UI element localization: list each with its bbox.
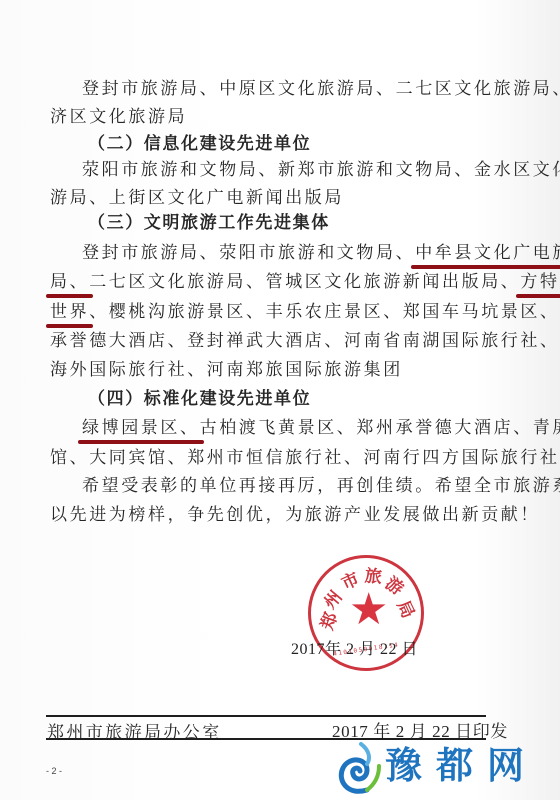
page-number: - 2 -: [46, 766, 62, 776]
underlined-text: 世界: [50, 302, 89, 322]
swirl-logo-icon: [333, 740, 385, 800]
paragraph-line: 世界、樱桃沟旅游景区、丰乐农庄景区、郑国车马坑景区、郑州: [50, 302, 560, 322]
underlined-text: 中牟县文化广电旅游: [415, 243, 560, 263]
paragraph-line: 馆、大同宾馆、郑州市恒信旅行社、河南行四方国际旅行社: [50, 448, 560, 468]
paragraph-line: 荥阳市旅游和文物局、新郑市旅游和文物局、金水区文化旅: [82, 160, 560, 180]
section-heading-4: （四）标准化建设先进单位: [88, 389, 311, 409]
paragraph-line: 登封市旅游局、荥阳市旅游和文物局、中牟县文化广电旅游: [82, 243, 560, 263]
document-page: 登封市旅游局、中原区文化旅游局、二七区文化旅游局、惠 济区文化旅游局 （二）信息…: [0, 0, 560, 800]
paragraph-line: 游局、上街区文化广电新闻出版局: [50, 188, 344, 208]
paragraph-line: 局、二七区文化旅游局、管城区文化旅游新闻出版局、方特欢乐: [50, 272, 560, 292]
text-segment: 登封市旅游局、荥阳市旅游和文物局、: [82, 243, 415, 263]
underlined-text: 绿博园景区、: [82, 418, 200, 438]
signature-date: 2017年 2 月 22 日: [291, 636, 418, 659]
text-segment: 二七区文化旅游局、管城区文化旅游新闻出版局、: [89, 272, 520, 292]
paragraph-line: 承誉德大酒店、登封禅武大酒店、河南省南湖国际旅行社、郑州: [50, 331, 560, 351]
section-heading-2: （二）信息化建设先进单位: [88, 134, 311, 154]
text-segment: 、樱桃沟旅游景区、丰乐农庄景区、郑国车马坑景区、郑州: [89, 302, 560, 322]
star-icon: ★: [349, 588, 388, 632]
paragraph-line: 希望受表彰的单位再接再厉，再创佳绩。希望全市旅游系统: [82, 476, 560, 496]
paragraph-line: 海外国际旅行社、河南郑旅国际旅游集团: [50, 360, 403, 380]
watermark-text: 豫都网: [385, 742, 538, 790]
paragraph-line: 济区文化旅游局: [50, 107, 187, 127]
section-heading-3: （三）文明旅游工作先进集体: [88, 213, 330, 233]
seal-char: 郑: [313, 608, 342, 633]
underlined-text: 局、: [50, 272, 89, 292]
paragraph-line: 以先进为榜样，争先创优，为旅游产业发展做出新贡献！: [50, 505, 540, 525]
watermark-logo: 豫都网: [333, 740, 560, 800]
underlined-text: 方特欢乐: [520, 272, 560, 292]
paragraph-line: 登封市旅游局、中原区文化旅游局、二七区文化旅游局、惠: [82, 79, 560, 99]
paragraph-line: 绿博园景区、古柏渡飞黄景区、郑州承誉德大酒店、青屏宾: [82, 418, 560, 438]
seal-char: 局: [393, 596, 423, 622]
text-segment: 古柏渡飞黄景区、郑州承誉德大酒店、青屏宾: [200, 418, 560, 438]
